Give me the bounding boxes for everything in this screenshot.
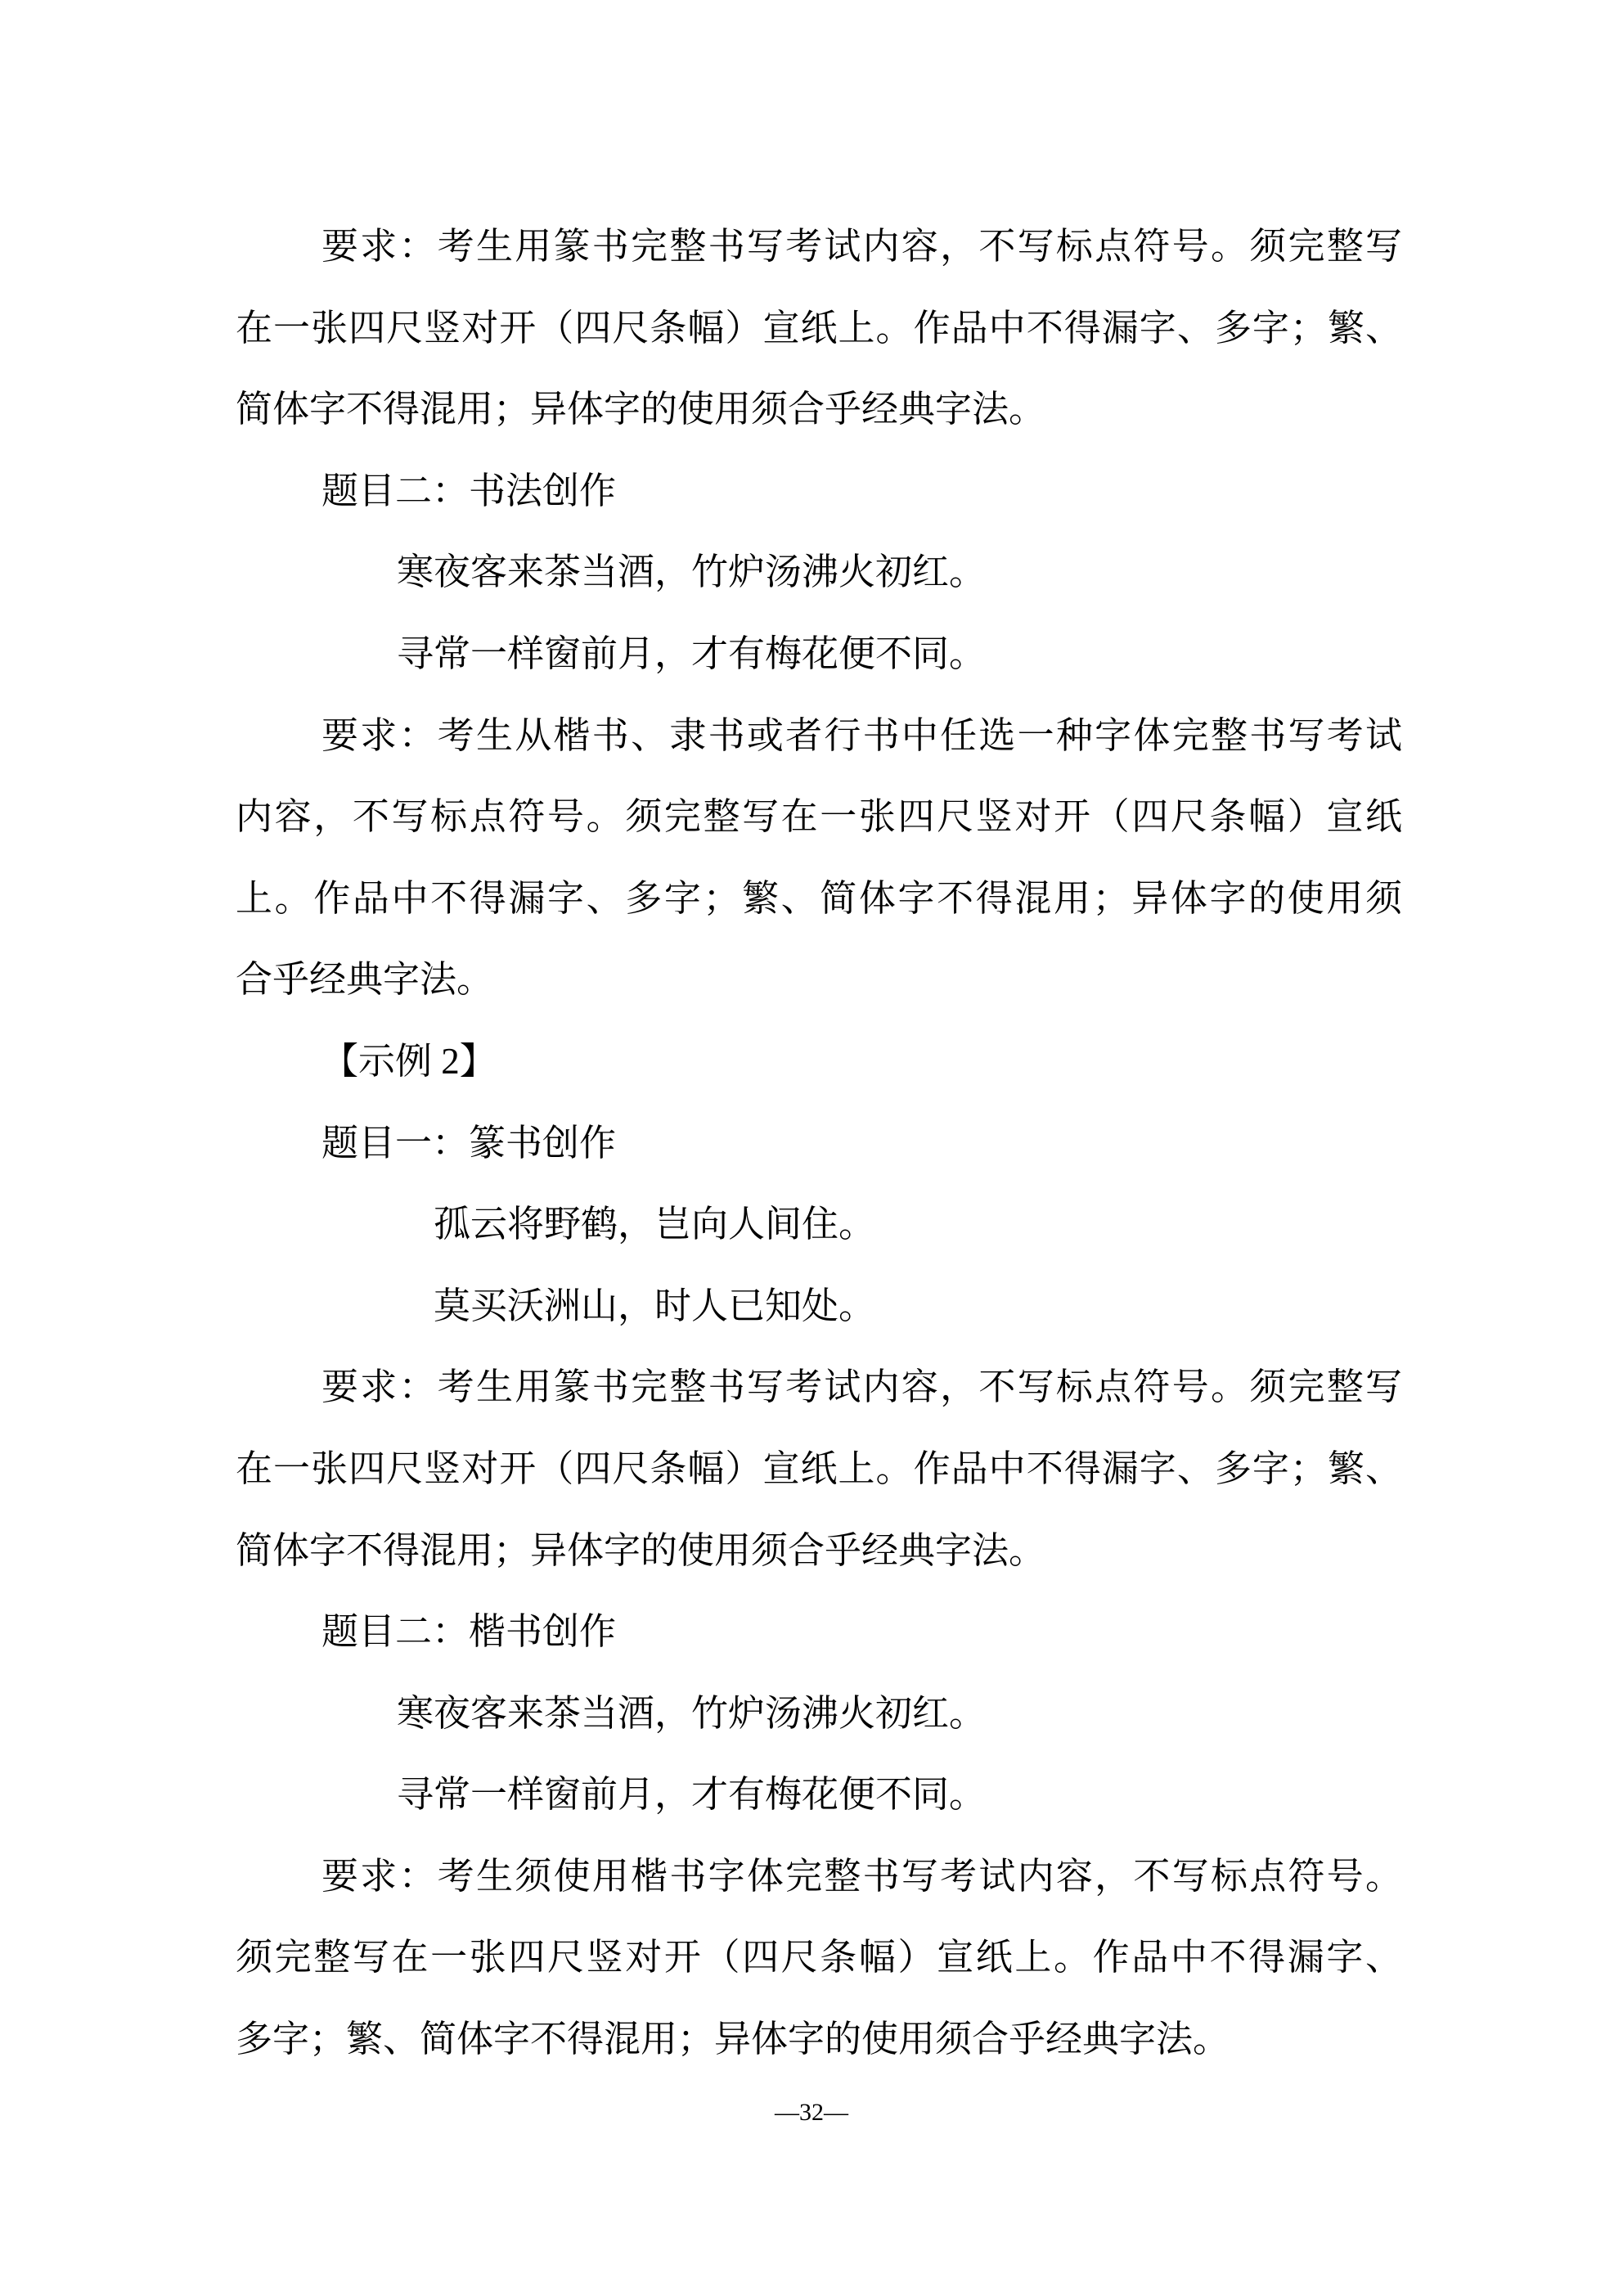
- text-line: 简体字不得混用；异体字的使用须合乎经典字法。: [236, 369, 1402, 451]
- text-line: 简体字不得混用；异体字的使用须合乎经典字法。: [236, 1510, 1402, 1592]
- text-line: 要求：考生用篆书完整书写考试内容，不写标点符号。须完整写: [236, 1347, 1402, 1429]
- text-line: 要求：考生用篆书完整书写考试内容，不写标点符号。须完整写: [236, 206, 1402, 288]
- text-line: 内容，不写标点符号。须完整写在一张四尺竖对开（四尺条幅）宣纸: [236, 777, 1402, 858]
- text-line: 莫买沃洲山，时人已知处。: [236, 1266, 1402, 1348]
- text-line: 【示例 2】: [236, 1021, 1402, 1103]
- document-body: 要求：考生用篆书完整书写考试内容，不写标点符号。须完整写在一张四尺竖对开（四尺条…: [236, 206, 1402, 2081]
- text-line: 要求：考生从楷书、隶书或者行书中任选一种字体完整书写考试: [236, 696, 1402, 777]
- text-line: 多字；繁、简体字不得混用；异体字的使用须合乎经典字法。: [236, 1999, 1402, 2081]
- text-line: 题目二：楷书创作: [236, 1591, 1402, 1673]
- text-line: 寒夜客来茶当酒，竹炉汤沸火初红。: [236, 1673, 1402, 1755]
- text-line: 在一张四尺竖对开（四尺条幅）宣纸上。作品中不得漏字、多字；繁、: [236, 288, 1402, 370]
- text-line: 寒夜客来茶当酒，竹炉汤沸火初红。: [236, 532, 1402, 614]
- text-line: 要求：考生须使用楷书字体完整书写考试内容，不写标点符号。: [236, 1836, 1402, 1918]
- document-page: 要求：考生用篆书完整书写考试内容，不写标点符号。须完整写在一张四尺竖对开（四尺条…: [0, 0, 1623, 2296]
- text-line: 寻常一样窗前月，才有梅花便不同。: [236, 614, 1402, 696]
- page-number: —32—: [775, 2099, 848, 2126]
- text-line: 孤云将野鹤，岂向人间住。: [236, 1184, 1402, 1266]
- text-line: 在一张四尺竖对开（四尺条幅）宣纸上。作品中不得漏字、多字；繁、: [236, 1429, 1402, 1510]
- text-line: 须完整写在一张四尺竖对开（四尺条幅）宣纸上。作品中不得漏字、: [236, 1917, 1402, 1999]
- page-footer: —32—: [0, 2096, 1623, 2129]
- text-line: 合乎经典字法。: [236, 939, 1402, 1021]
- text-line: 寻常一样窗前月，才有梅花便不同。: [236, 1754, 1402, 1836]
- text-line: 上。作品中不得漏字、多字；繁、简体字不得混用；异体字的使用须: [236, 858, 1402, 940]
- text-line: 题目二：书法创作: [236, 451, 1402, 533]
- text-line: 题目一：篆书创作: [236, 1103, 1402, 1185]
